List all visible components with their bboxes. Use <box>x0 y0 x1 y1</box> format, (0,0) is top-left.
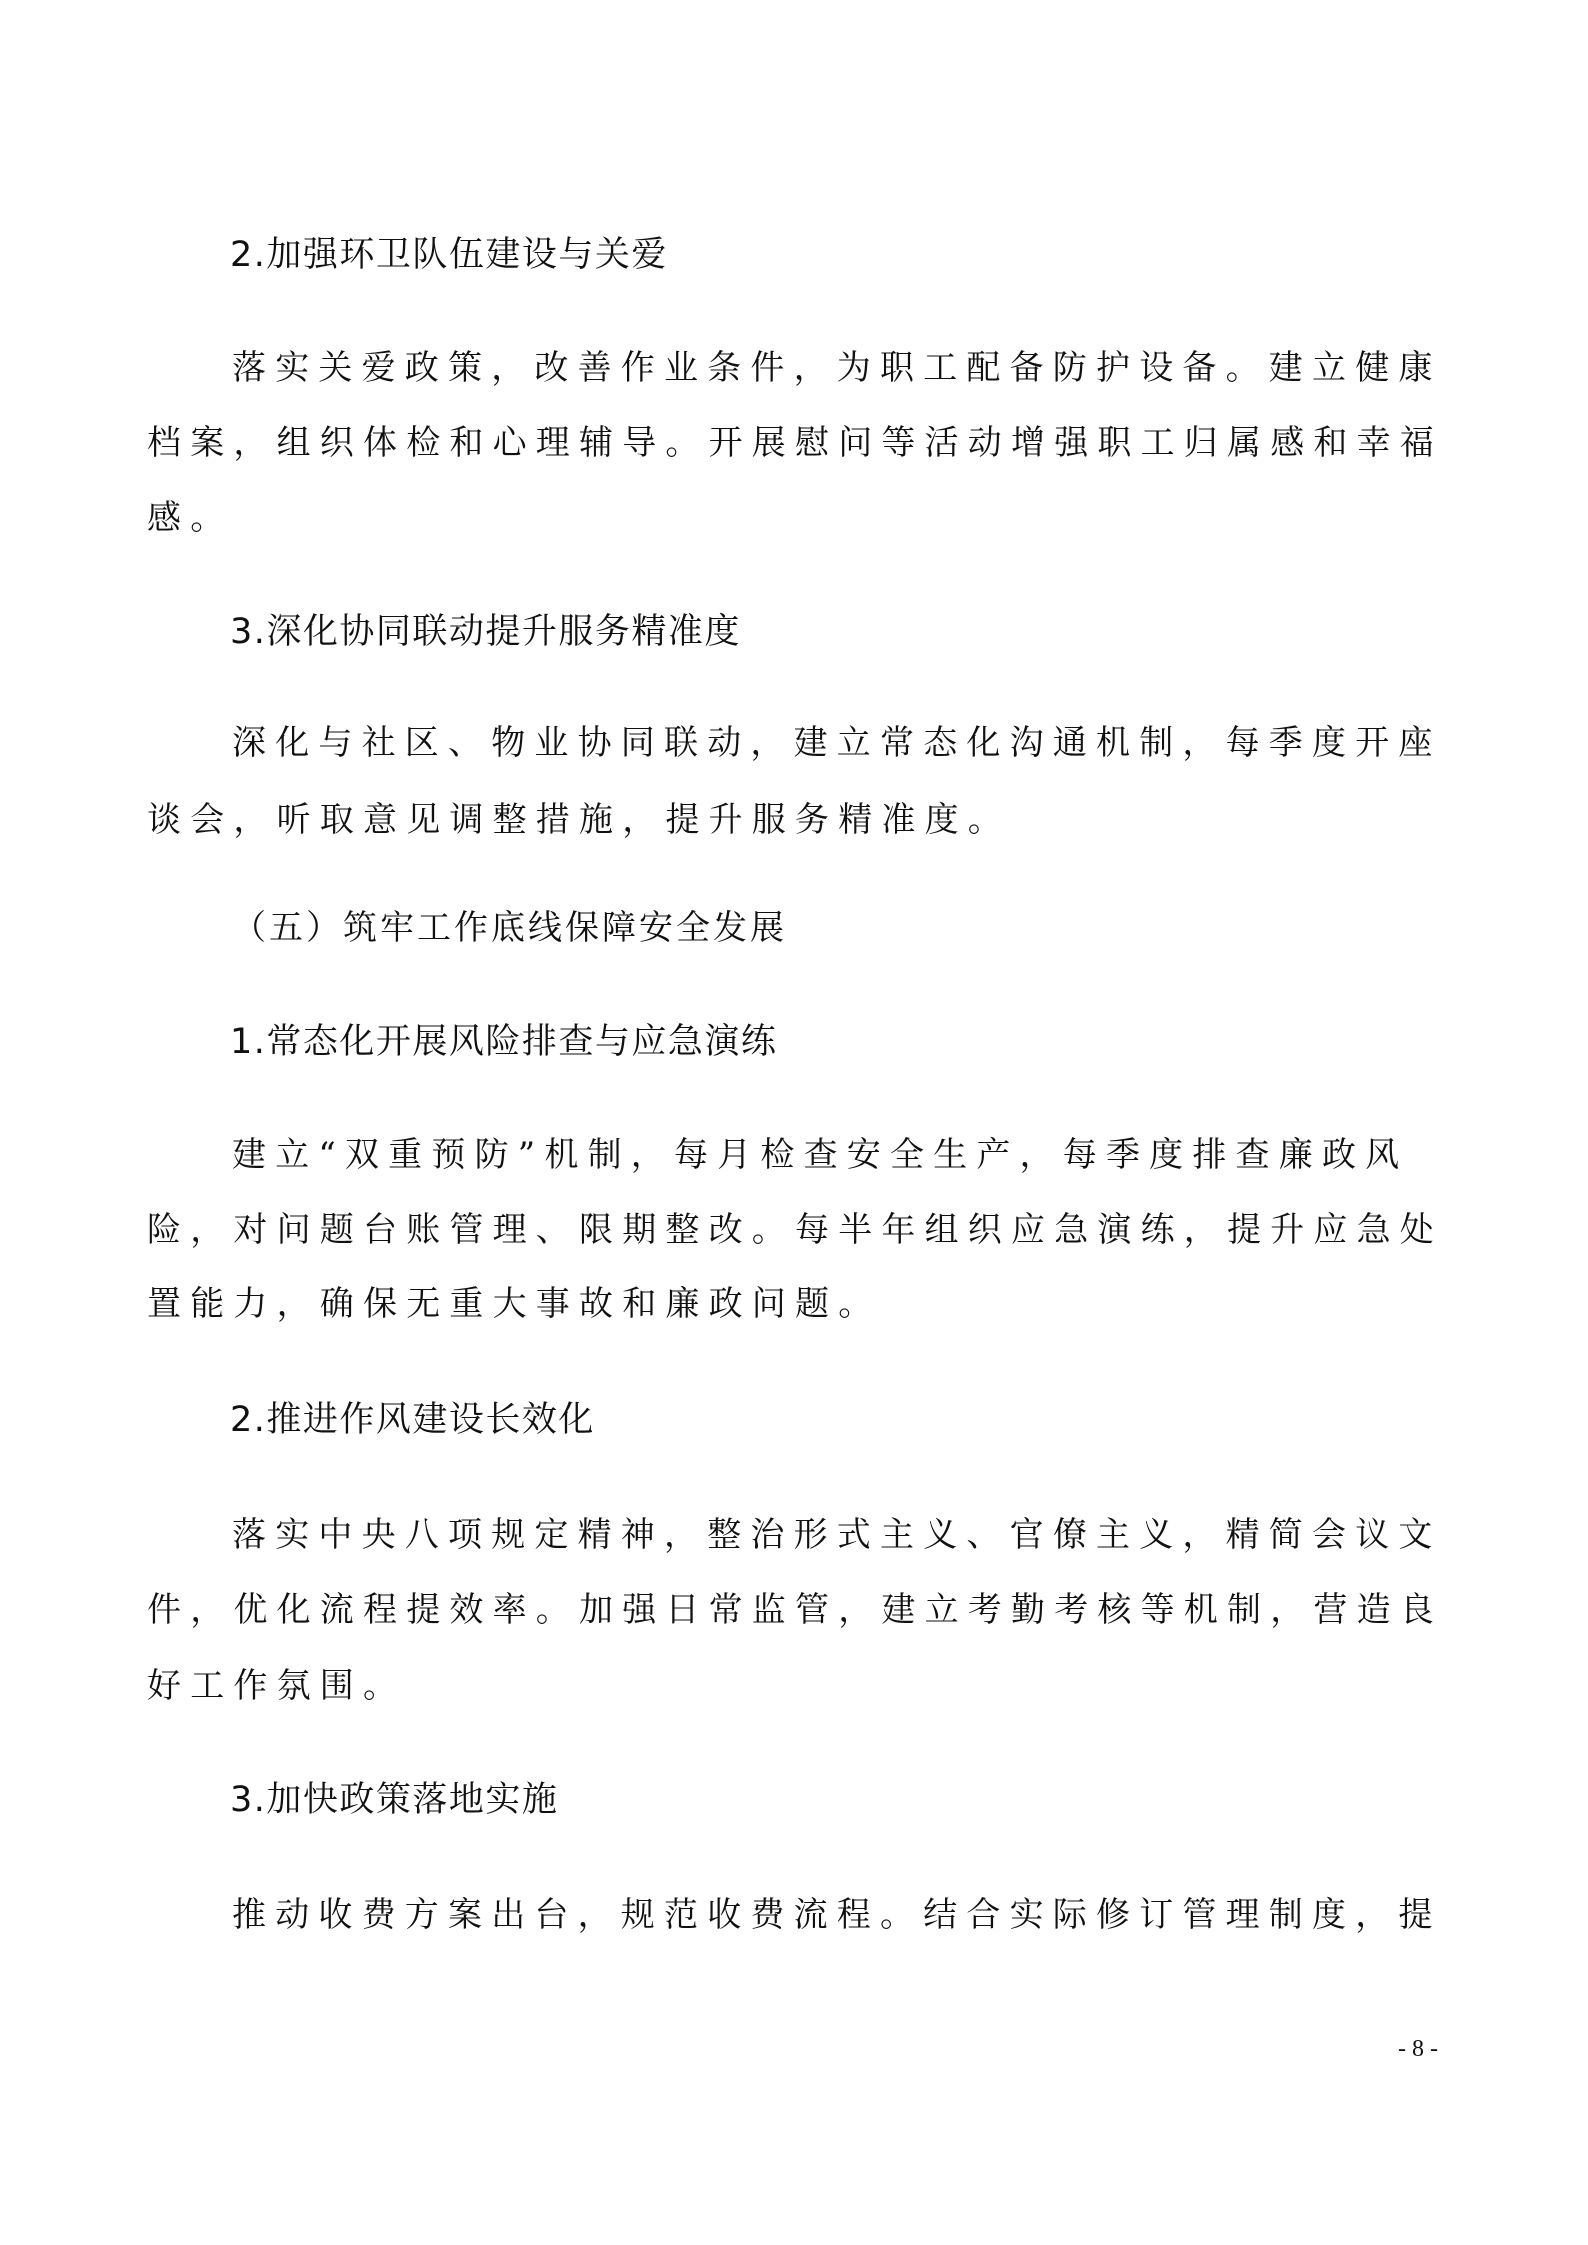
subsection-heading: 1.常态化开展风险排查与应急演练 <box>230 1017 777 1067</box>
paragraph-line: 深化与社区、物业协同联动，建立常态化沟通机制，每季度开座 <box>232 718 1532 768</box>
paragraph-line: 件，优化流程提效率。加强日常监管，建立考勤考核等机制，营造良 <box>147 1585 1447 1635</box>
section-heading: （五）筑牢工作底线保障安全发展 <box>232 903 787 953</box>
paragraph-line: 建立“双重预防”机制，每月检查安全生产，每季度排查廉政风 <box>232 1130 1532 1180</box>
paragraph-line: 置能力，确保无重大事故和廉政问题。 <box>147 1279 1447 1329</box>
paragraph-line: 好工作氛围。 <box>147 1661 1447 1711</box>
paragraph-line: 落实关爱政策，改善作业条件，为职工配备防护设备。建立健康 <box>232 343 1532 393</box>
subsection-heading: 3.深化协同联动提升服务精准度 <box>230 607 741 657</box>
subsection-heading: 2.加强环卫队伍建设与关爱 <box>230 230 668 280</box>
paragraph-line: 档案，组织体检和心理辅导。开展慰问等活动增强职工归属感和幸福 <box>147 418 1447 468</box>
subsection-heading: 3.加快政策落地实施 <box>230 1775 558 1825</box>
page-number: - 8 - <box>1398 2034 1438 2064</box>
paragraph-line: 谈会，听取意见调整措施，提升服务精准度。 <box>147 795 1447 845</box>
document-page: 2.加强环卫队伍建设与关爱 落实关爱政策，改善作业条件，为职工配备防护设备。建立… <box>0 0 1588 2245</box>
paragraph-line: 感。 <box>147 493 1447 543</box>
subsection-heading: 2.推进作风建设长效化 <box>230 1395 595 1445</box>
paragraph-line: 推动收费方案出台，规范收费流程。结合实际修订管理制度，提 <box>232 1890 1532 1940</box>
paragraph-line: 落实中央八项规定精神，整治形式主义、官僚主义，精简会议文 <box>232 1510 1532 1560</box>
paragraph-line: 险，对问题台账管理、限期整改。每半年组织应急演练，提升应急处 <box>147 1205 1447 1255</box>
